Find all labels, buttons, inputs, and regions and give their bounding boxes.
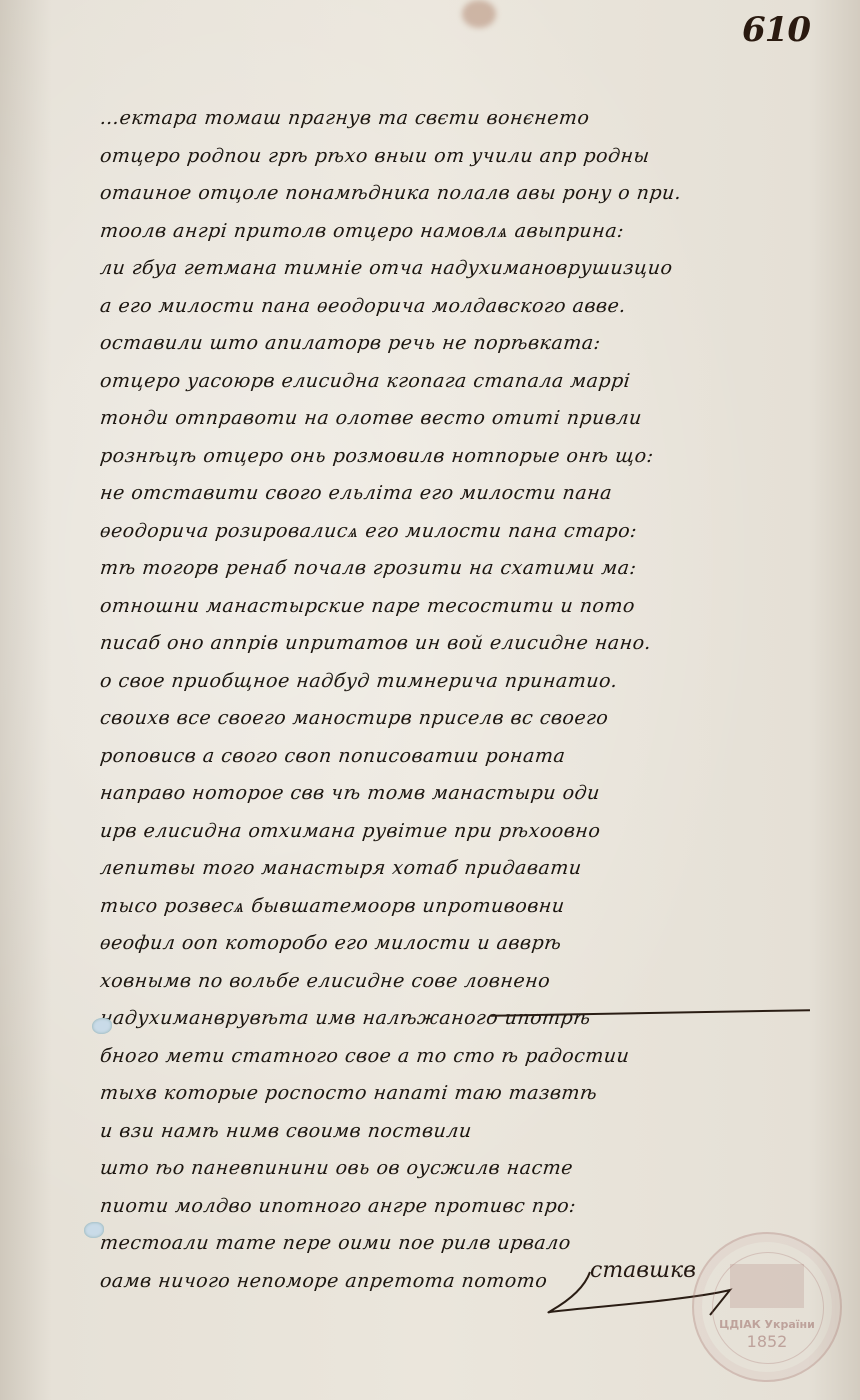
manuscript-line: оставили што апилаторв речь не порѣвката…: [98, 325, 742, 363]
manuscript-line: тоолв ангрі притолв отцеро намовлѧ авыпр…: [98, 213, 742, 251]
manuscript-line: надухиманврувѣта имв налѣжаного ипотрѣ: [98, 1000, 742, 1038]
manuscript-line: роповисв а свого своп пописоватии роната: [98, 738, 742, 776]
manuscript-line: …ектара томаш прагнув та свєти вонєнето: [98, 100, 742, 138]
manuscript-line: писаб оно аппрів ипритатов ин вой елисид…: [98, 625, 742, 663]
folio-number: 610: [742, 10, 810, 50]
manuscript-line: а его милости пана ѳеодорича молдавского…: [98, 288, 742, 326]
manuscript-line: рознѣцѣ отцеро онь розмовилв нотпорые он…: [98, 438, 742, 476]
manuscript-line: бного мети статного свое а то сто ѣ радо…: [98, 1038, 742, 1076]
manuscript-line: и взи намѣ нимв своимв поствили: [98, 1113, 742, 1151]
manuscript-line: тонди отправоти на олотве весто отиті пр…: [98, 400, 742, 438]
manuscript-line: не отставити свого ельліта его милости п…: [98, 475, 742, 513]
archive-stamp: ЦДІАК України 1852: [692, 1232, 842, 1382]
manuscript-page: 610 …ектара томаш прагнув та свєти вонєн…: [0, 0, 860, 1400]
manuscript-line: тѣ тогорв ренаб почалв грозити на схатим…: [98, 550, 742, 588]
manuscript-line: о свое приобщное надбуд тимнерича принат…: [98, 663, 742, 701]
manuscript-line: направо ноторое свв чѣ томв манастыри од…: [98, 775, 742, 813]
manuscript-line: ховнымв по вольбе елисидне сове ловнено: [98, 963, 742, 1001]
manuscript-line: тестоали тате пере оими пое рилв ирвало: [98, 1225, 742, 1263]
manuscript-line: отцеро родпои грѣ рѣхо вныи от учили апр…: [98, 138, 742, 176]
stamp-institution: ЦДІАК України: [694, 1318, 840, 1331]
manuscript-line: тысо розвесѧ бывшатемоорв ипротивовни: [98, 888, 742, 926]
manuscript-line: лепитвы того манастыря хотаб придавати: [98, 850, 742, 888]
manuscript-line: ли гбуа гетмана тимніе отча надухимановр…: [98, 250, 742, 288]
manuscript-line: отцеро уасоюрв елисидна кгопага стапала …: [98, 363, 742, 401]
stamp-year: 1852: [694, 1332, 840, 1351]
ink-stain: [462, 0, 496, 28]
manuscript-line: пиоти молдво ипотного ангре противс про:: [98, 1188, 742, 1226]
signature: ставшкв: [590, 1258, 696, 1283]
open-book-icon: [730, 1264, 804, 1308]
manuscript-line: своихв все своего маностирв приселв вс с…: [98, 700, 742, 738]
manuscript-text: …ектара томаш прагнув та свєти вонєнетоо…: [100, 100, 740, 1300]
manuscript-line: што ѣо паневпинини овь ов оусжилв насте: [98, 1150, 742, 1188]
manuscript-line: отношни манастырские паре тесостити и по…: [98, 588, 742, 626]
worm-hole: [84, 1222, 104, 1238]
manuscript-line: тыхв которые роспосто напаті таю тазвтѣ: [98, 1075, 742, 1113]
manuscript-line: ѳеофил ооп которобо его милости и авврѣ: [98, 925, 742, 963]
manuscript-line: ирв елисидна отхимана рувітие при рѣхоов…: [98, 813, 742, 851]
worm-hole: [92, 1018, 112, 1034]
manuscript-line: отаиное отцоле понамѣдника полалв авы ро…: [98, 175, 742, 213]
manuscript-line: ѳеодорича розировалисѧ его милости пана …: [98, 513, 742, 551]
